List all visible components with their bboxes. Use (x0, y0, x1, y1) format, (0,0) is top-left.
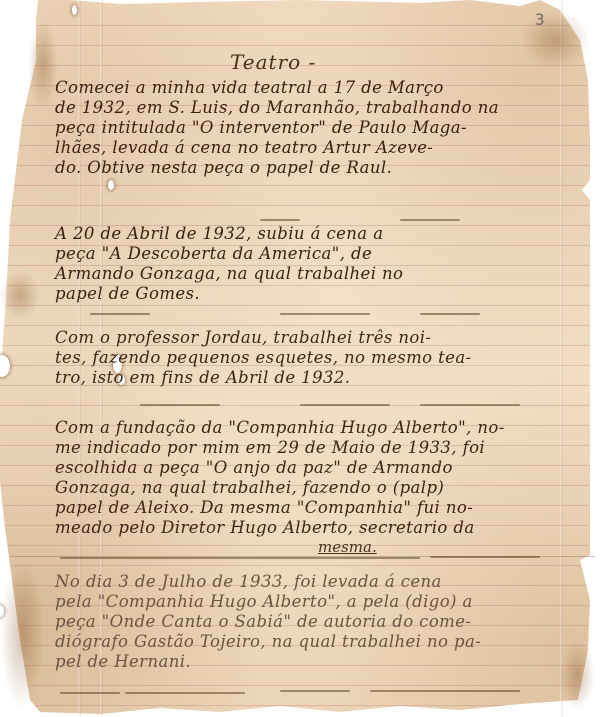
text-line: No dia 3 de Julho de 1933, foi levada á … (55, 572, 590, 592)
text-line: escolhida a peça "O anjo da paz" de Arma… (55, 458, 590, 478)
manuscript-page: 3 Teatro - Comecei a minha vida teatral … (0, 0, 600, 717)
paragraph-professor-jordau: Com o professor Jordau, trabalhei três n… (55, 328, 590, 388)
text-line: Comecei a minha vida teatral a 17 de Mar… (55, 78, 590, 98)
text-line: pela "Companhia Hugo Alberto", a pela (d… (55, 592, 590, 612)
stain-mark (0, 270, 40, 320)
text-line: Armando Gonzaga, na qual trabalhei no (55, 264, 590, 284)
text-line: papel de Gomes. (55, 284, 590, 304)
paragraph-first-play: Comecei a minha vida teatral a 17 de Mar… (55, 78, 590, 178)
separator-line (430, 556, 540, 558)
text-line: A 20 de Abril de 1932, subiu á cena a (55, 224, 590, 244)
stain-mark (0, 560, 45, 710)
text-line: Gonzaga, na qual trabalhei, fazendo o (p… (55, 478, 590, 498)
text-line: me indicado por mim em 29 de Maio de 193… (55, 438, 590, 458)
text-line: diógrafo Gastão Tojeiro, na qual trabalh… (55, 632, 590, 652)
text-line: pel de Hernani. (55, 652, 590, 672)
text-line: meado pelo Diretor Hugo Alberto, secreta… (55, 518, 590, 538)
text-line: papel de Aleixo. Da mesma "Companhia" fu… (55, 498, 590, 518)
separator-line (140, 404, 220, 406)
separator-line (420, 313, 480, 315)
text-line: de 1932, em S. Luis, do Maranhão, trabal… (55, 98, 590, 118)
separator-line (125, 692, 245, 694)
text-line: peça "Onde Canta o Sabiá" de autoria do … (55, 612, 590, 632)
inserted-word: mesma. (318, 538, 377, 556)
separator-line (60, 692, 120, 694)
separator-line (300, 404, 390, 406)
text-line: Com o professor Jordau, trabalhei três n… (55, 328, 590, 348)
separator-line (370, 690, 520, 692)
paper-tear (72, 5, 77, 15)
page-number: 3 (535, 10, 545, 29)
text-line: tro, isto em fins de Abril de 1932. (55, 368, 590, 388)
separator-line (260, 219, 300, 221)
stain-mark (28, 20, 58, 110)
separator-line (60, 557, 420, 559)
paragraph-descoberta-america: A 20 de Abril de 1932, subiu á cena a pe… (55, 224, 590, 304)
paragraph-onde-canta-sabia: No dia 3 de Julho de 1933, foi levada á … (55, 572, 590, 672)
stain-mark (520, 10, 590, 70)
text-line: do. Obtive nesta peça o papel de Raul. (55, 158, 590, 178)
separator-line (280, 690, 350, 692)
separator-line (280, 313, 370, 315)
text-line: tes, fazendo pequenos esquetes, no mesmo… (55, 348, 590, 368)
separator-line (90, 313, 150, 315)
paragraph-companhia-hugo-alberto: Com a fundação da "Companhia Hugo Albert… (55, 418, 590, 538)
text-line: lhães, levada á cena no teatro Artur Aze… (55, 138, 590, 158)
separator-line (400, 219, 460, 221)
separator-line (420, 404, 520, 406)
text-line: peça "A Descoberta da America", de (55, 244, 590, 264)
text-line: Com a fundação da "Companhia Hugo Albert… (55, 418, 590, 438)
text-line: peça intitulada "O interventor" de Paulo… (55, 118, 590, 138)
paper-tear (108, 180, 114, 190)
page-title: Teatro - (230, 50, 316, 74)
